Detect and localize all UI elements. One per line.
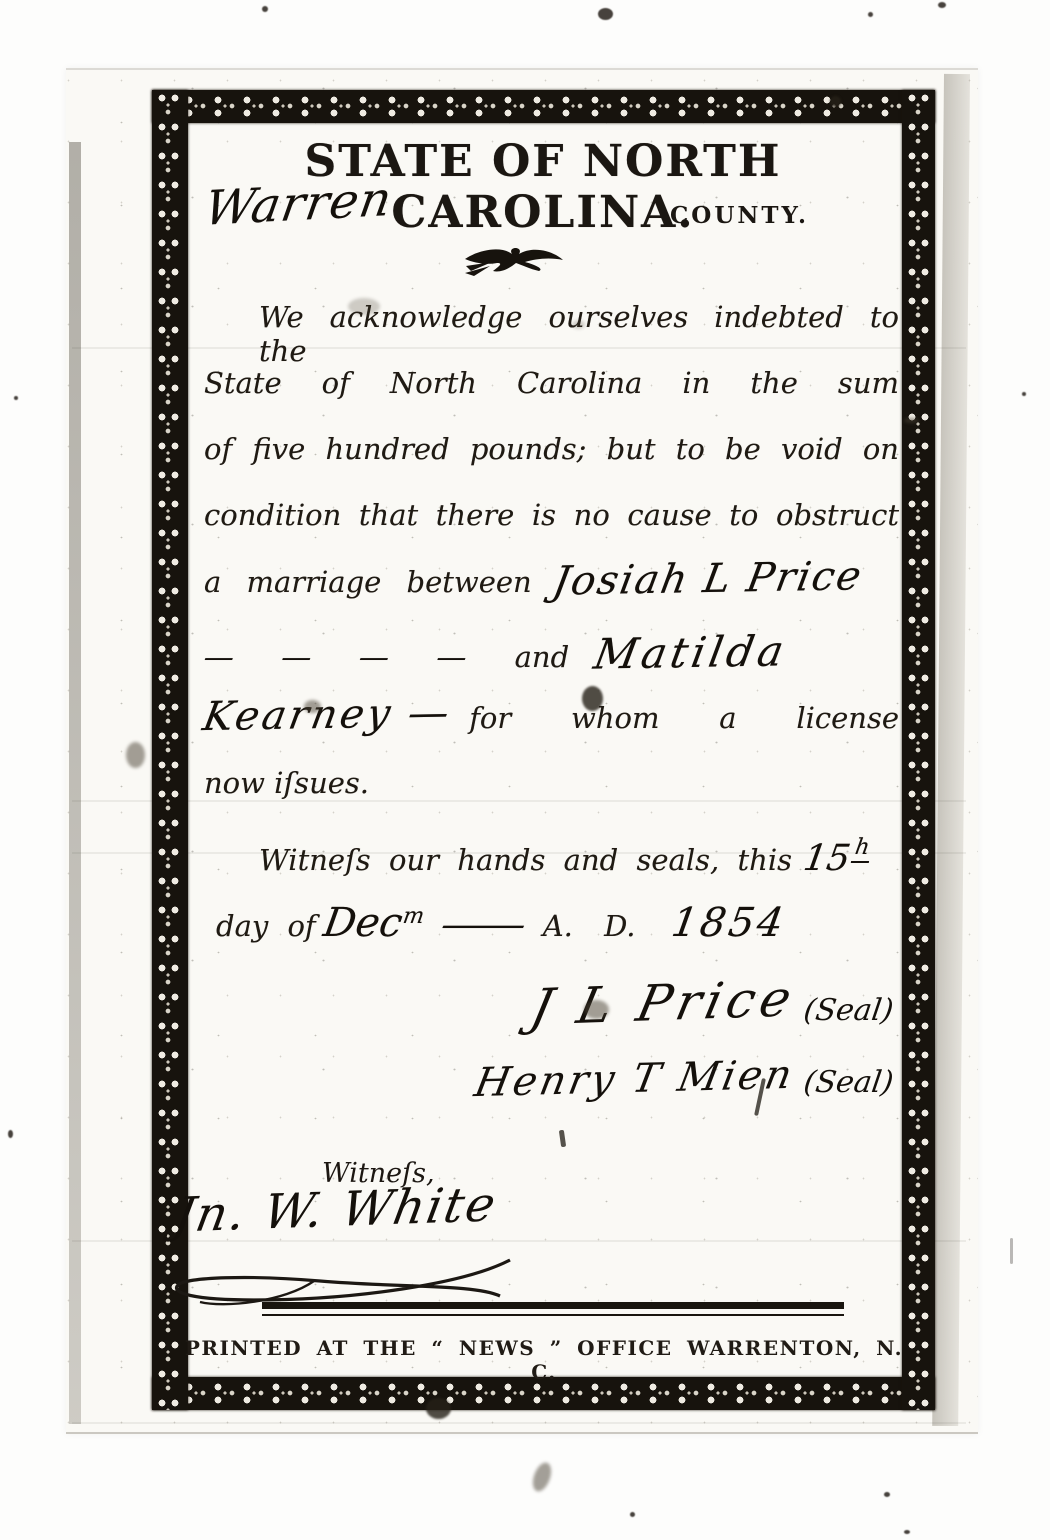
ornamental-frame: STATE OF NORTH CAROLINA. Warren COUNTY. … bbox=[152, 90, 935, 1410]
smudge bbox=[304, 700, 321, 713]
smudge bbox=[348, 298, 380, 315]
month-suffix: m bbox=[401, 904, 426, 929]
ink-speck bbox=[938, 2, 946, 8]
ink-speck bbox=[868, 12, 873, 17]
ink-speck bbox=[630, 1512, 635, 1517]
bond-line-9: Witneſs our hands and seals, this 15 h bbox=[204, 838, 899, 879]
printed-era: A. D. bbox=[543, 909, 636, 943]
ink-speck bbox=[8, 1130, 13, 1138]
scanline bbox=[72, 1422, 966, 1424]
printed-text: day of bbox=[216, 909, 316, 943]
bride-surname-handwritten: Kearney — bbox=[200, 690, 456, 740]
bond-line-6: — — — — and Matilda bbox=[204, 628, 899, 677]
principal-signature-name: J L Price bbox=[525, 969, 801, 1036]
county-label: COUNTY. bbox=[670, 202, 809, 229]
smudge bbox=[584, 1000, 609, 1019]
bond-line-8: now iſsues. bbox=[204, 766, 899, 800]
ink-speck bbox=[262, 6, 268, 12]
footer-rule bbox=[262, 1302, 844, 1316]
ink-speck bbox=[904, 1530, 910, 1534]
handwritten-dash: — bbox=[439, 905, 527, 945]
printed-text: for whom a license bbox=[469, 701, 899, 735]
printed-text: and bbox=[515, 640, 570, 674]
bond-line-3: of five hundred pounds; but to be void o… bbox=[204, 432, 899, 466]
printer-imprint: PRINTED AT THE “ NEWS ” OFFICE WARRENTON… bbox=[170, 1336, 918, 1384]
bond-line-4: condition that there is no cause to obst… bbox=[204, 498, 899, 532]
smudge bbox=[904, 418, 919, 423]
witness-signature: Jn. W. White bbox=[170, 1176, 502, 1243]
surety-signature-name: Henry T Mien bbox=[471, 1052, 799, 1106]
printed-text: a marriage between bbox=[204, 565, 532, 599]
bond-line-7: Kearney — for whom a license bbox=[204, 692, 899, 738]
page-edge-left bbox=[69, 142, 81, 1424]
seal-annotation: (Seal) bbox=[801, 993, 895, 1028]
smudge bbox=[126, 742, 145, 768]
month-handwritten: Decm bbox=[320, 900, 426, 946]
surety-signature: Henry T Mien (Seal) bbox=[476, 1056, 893, 1102]
smudge bbox=[572, 320, 585, 329]
smudge bbox=[830, 96, 841, 107]
smudge bbox=[529, 1460, 554, 1494]
ornamental-border-right bbox=[902, 90, 935, 1410]
ink-speck bbox=[884, 1492, 890, 1497]
eagle-ornament-icon bbox=[462, 242, 566, 286]
document-scan: STATE OF NORTH CAROLINA. Warren COUNTY. … bbox=[0, 0, 1050, 1540]
county-name-handwritten: Warren bbox=[201, 171, 397, 237]
smudge bbox=[582, 686, 603, 711]
printed-text: Witneſs our hands and seals, this bbox=[204, 843, 792, 877]
bond-line-2: State of North Carolina in the sum bbox=[204, 366, 899, 400]
ornamental-border-top bbox=[152, 90, 935, 123]
bond-line-10: day of Decm — A. D. 1854 bbox=[204, 900, 899, 946]
year-handwritten: 1854 bbox=[668, 900, 789, 946]
ink-speck bbox=[598, 8, 613, 20]
page-edge-right bbox=[932, 74, 970, 1426]
smudge bbox=[426, 1398, 451, 1419]
bond-line-1: We acknowledge ourselves indebted to the bbox=[204, 300, 899, 368]
bond-line-5: a marriage between Josiah L Price bbox=[204, 556, 899, 602]
ink-speck bbox=[1022, 392, 1026, 396]
paper-sheet: STATE OF NORTH CAROLINA. Warren COUNTY. … bbox=[66, 68, 978, 1434]
ink-speck bbox=[14, 396, 18, 400]
seal-annotation: (Seal) bbox=[801, 1065, 895, 1100]
handwritten-dashes: — — — — bbox=[201, 640, 471, 675]
day-suffix-handwritten: h bbox=[851, 835, 874, 863]
scan-artifact bbox=[1010, 1238, 1013, 1264]
groom-name-handwritten: Josiah L Price bbox=[549, 553, 866, 604]
month-text: Dec bbox=[320, 900, 405, 946]
bride-name-handwritten: Matilda bbox=[590, 626, 791, 678]
day-number-handwritten: 15 bbox=[801, 838, 853, 879]
